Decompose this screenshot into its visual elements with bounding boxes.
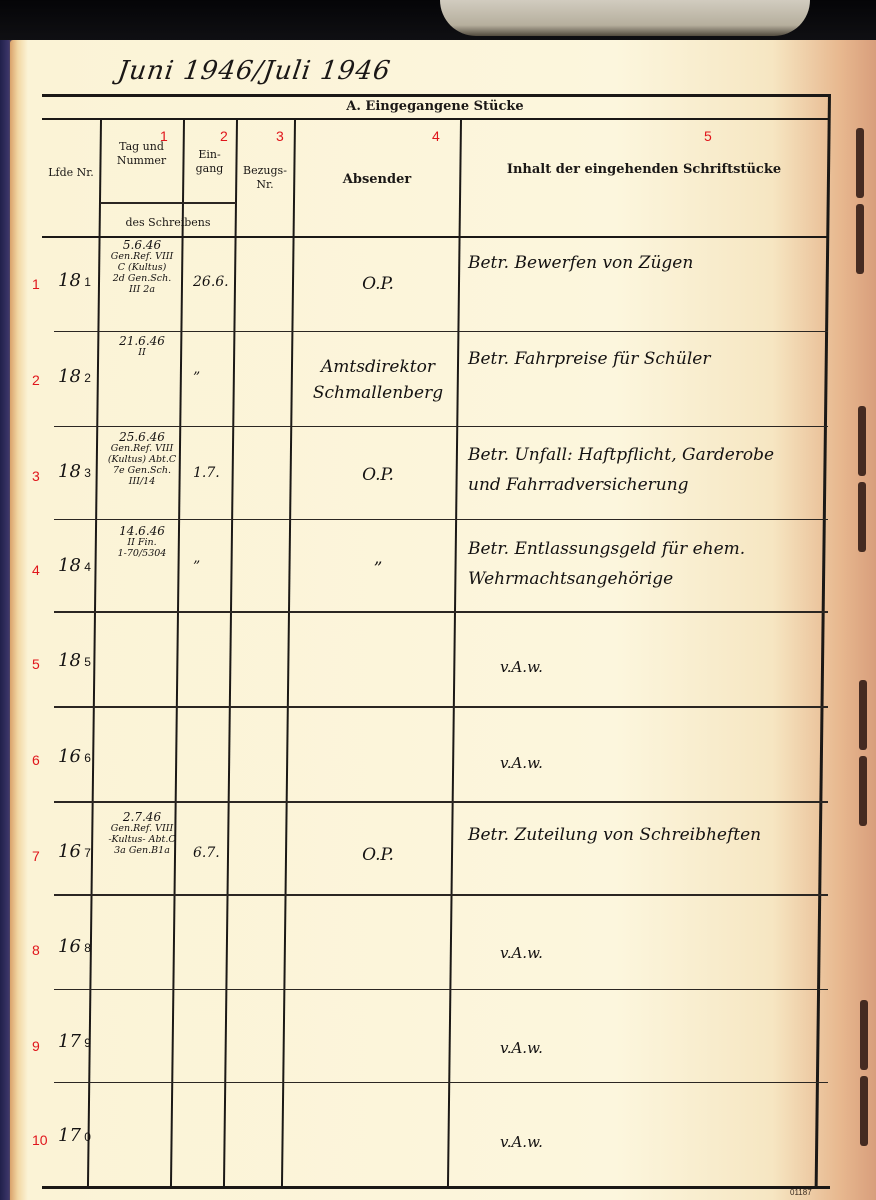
eingang-date: 6.7. [193, 845, 220, 861]
row-annotation: 5 [32, 656, 40, 672]
column-annotation: 3 [276, 128, 284, 144]
absender: O.P. [298, 462, 458, 488]
header-des-schreibens: des Schreibens [100, 216, 236, 230]
inhalt: v.A.w. [500, 944, 543, 962]
header-eingang: Ein- gang [183, 148, 236, 176]
eingang-date: 26.6. [193, 274, 229, 290]
header-inhalt: Inhalt der eingehenden Schriftstücke [460, 162, 828, 178]
lfd-nr: 16 8 [58, 936, 91, 957]
row-annotation: 6 [32, 752, 40, 768]
eingang-date: ” [193, 370, 200, 386]
lfd-nr: 18 4 [58, 555, 91, 576]
row-annotation: 2 [32, 372, 40, 388]
row-divider [54, 331, 828, 333]
lfd-nr: 18 2 [58, 366, 91, 387]
lfd-nr: 16 6 [58, 746, 91, 767]
header-bezugs-nr: Bezugs- Nr. [236, 164, 294, 192]
inhalt: Betr. Entlassungsgeld für ehem.Wehrmacht… [468, 534, 745, 594]
absender: O.P. [298, 842, 458, 868]
row-divider [54, 801, 828, 803]
inhalt: Betr. Unfall: Haftpflicht, Garderobeund … [468, 440, 774, 500]
absender: ” [298, 556, 458, 582]
lfd-nr: 18 5 [58, 650, 91, 671]
lfd-nr: 17 0 [58, 1125, 91, 1146]
tag-und-nummer: 14.6.46II Fin.1-70/5304 [102, 526, 182, 559]
lfd-nr: 18 3 [58, 461, 91, 482]
row-divider [54, 706, 828, 708]
absender: AmtsdirektorSchmallenberg [298, 354, 458, 406]
eingang-date: ” [193, 559, 200, 575]
inhalt: v.A.w. [500, 754, 543, 772]
bottom-rule [42, 1186, 830, 1189]
column-annotation: 5 [704, 128, 712, 144]
header-subdivider [100, 202, 236, 204]
top-rule [42, 94, 828, 97]
scan-glare [440, 0, 810, 36]
binding-marks [856, 40, 870, 1200]
row-annotation: 4 [32, 562, 40, 578]
row-divider [54, 1082, 828, 1084]
row-annotation: 7 [32, 848, 40, 864]
title-rule [42, 118, 828, 120]
tag-und-nummer: 2.7.46Gen.Ref. VIII-Kultus- Abt.C3a Gen.… [102, 812, 182, 856]
row-divider [54, 426, 828, 428]
row-annotation: 8 [32, 942, 40, 958]
inhalt: v.A.w. [500, 658, 543, 676]
row-annotation: 9 [32, 1038, 40, 1054]
inhalt: Betr. Fahrpreise für Schüler [468, 344, 710, 374]
ledger-page [10, 40, 876, 1200]
lfd-nr: 17 9 [58, 1031, 91, 1052]
lfd-nr: 16 7 [58, 841, 91, 862]
tag-und-nummer: 5.6.46Gen.Ref. VIIIC (Kultus)2d Gen.Sch.… [102, 240, 182, 295]
eingang-date: 1.7. [193, 465, 220, 481]
column-annotation: 1 [160, 128, 168, 144]
row-annotation: 10 [32, 1132, 48, 1148]
row-divider [54, 989, 828, 991]
row-annotation: 1 [32, 276, 40, 292]
tag-und-nummer: 25.6.46Gen.Ref. VIII(Kultus) Abt.C7e Gen… [102, 432, 182, 487]
header-absender: Absender [294, 172, 460, 188]
row-divider [54, 894, 828, 896]
tag-und-nummer: 21.6.46II [102, 336, 182, 358]
row-annotation: 3 [32, 468, 40, 484]
section-title: A. Eingegangene Stücke [42, 99, 828, 114]
row-divider [54, 519, 828, 521]
absender: O.P. [298, 271, 458, 297]
inhalt: v.A.w. [500, 1133, 543, 1151]
header-tag-und-nummer: Tag und Nummer [100, 140, 183, 168]
lfd-nr: 18 1 [58, 270, 91, 291]
inhalt: Betr. Zuteilung von Schreibheften [468, 820, 761, 850]
inhalt: Betr. Bewerfen von Zügen [468, 248, 693, 278]
row-divider [54, 611, 828, 613]
column-annotation: 2 [220, 128, 228, 144]
inhalt: v.A.w. [500, 1039, 543, 1057]
column-annotation: 4 [432, 128, 440, 144]
handwritten-period: Juni 1946/Juli 1946 [116, 56, 393, 86]
printer-mark: 01187 [790, 1188, 812, 1197]
header-lfd-nr: Lfde Nr. [42, 166, 100, 180]
